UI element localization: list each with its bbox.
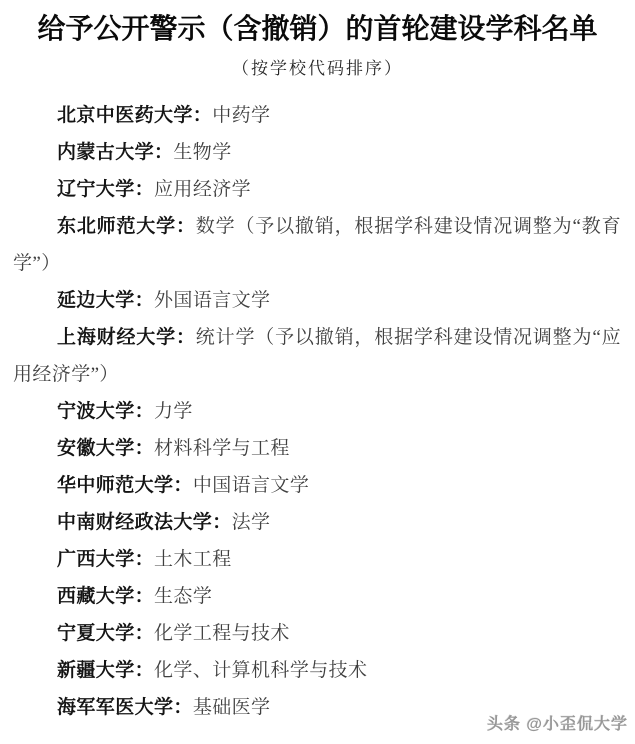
university-name: 广西大学： xyxy=(57,549,154,570)
university-name: 新疆大学： xyxy=(57,660,154,681)
discipline-name: 化学工程与技术 xyxy=(154,623,290,644)
university-name: 辽宁大学： xyxy=(57,179,154,200)
discipline-name: 力学 xyxy=(154,401,193,422)
list-item: 宁夏大学：化学工程与技术 xyxy=(13,615,621,652)
list-item: 延边大学：外国语言文学 xyxy=(13,282,621,319)
university-name: 西藏大学： xyxy=(57,586,154,607)
discipline-name: 土木工程 xyxy=(154,549,232,570)
university-name: 东北师范大学： xyxy=(57,216,196,237)
page-subtitle: （按学校代码排序） xyxy=(0,58,635,79)
list-item: 东北师范大学：数学（予以撤销，根据学科建设情况调整为“教育学”） xyxy=(13,208,621,282)
discipline-name: 法学 xyxy=(232,512,271,533)
list-item: 华中师范大学：中国语言文学 xyxy=(13,467,621,504)
discipline-name: 化学、计算机科学与技术 xyxy=(154,660,367,681)
university-name: 宁夏大学： xyxy=(57,623,154,644)
university-name: 华中师范大学： xyxy=(57,475,193,496)
list-item: 辽宁大学：应用经济学 xyxy=(13,171,621,208)
university-name: 宁波大学： xyxy=(57,401,154,422)
list-item: 上海财经大学：统计学（予以撤销，根据学科建设情况调整为“应用经济学”） xyxy=(13,319,621,393)
list-item: 安徽大学：材料科学与工程 xyxy=(13,430,621,467)
discipline-name: 中国语言文学 xyxy=(193,475,309,496)
university-name: 北京中医药大学： xyxy=(57,105,212,126)
university-name: 内蒙古大学： xyxy=(57,142,173,163)
discipline-name: 生物学 xyxy=(173,142,231,163)
watermark: 头条 @小歪侃大学 xyxy=(487,711,628,734)
page-title: 给予公开警示（含撤销）的首轮建设学科名单 xyxy=(0,0,635,50)
discipline-list: 北京中医药大学：中药学 内蒙古大学：生物学 辽宁大学：应用经济学 东北师范大学：… xyxy=(13,97,621,726)
document-page: 给予公开警示（含撤销）的首轮建设学科名单 （按学校代码排序） 北京中医药大学：中… xyxy=(0,0,635,744)
list-item: 中南财经政法大学：法学 xyxy=(13,504,621,541)
discipline-name: 外国语言文学 xyxy=(154,290,270,311)
discipline-name: 材料科学与工程 xyxy=(154,438,290,459)
list-item: 北京中医药大学：中药学 xyxy=(13,97,621,134)
university-name: 延边大学： xyxy=(57,290,154,311)
university-name: 海军军医大学： xyxy=(57,697,193,718)
university-name: 中南财经政法大学： xyxy=(57,512,232,533)
discipline-name: 基础医学 xyxy=(193,697,271,718)
list-item: 新疆大学：化学、计算机科学与技术 xyxy=(13,652,621,689)
discipline-name: 中药学 xyxy=(212,105,270,126)
list-item: 广西大学：土木工程 xyxy=(13,541,621,578)
list-item: 西藏大学：生态学 xyxy=(13,578,621,615)
list-item: 内蒙古大学：生物学 xyxy=(13,134,621,171)
university-name: 安徽大学： xyxy=(57,438,154,459)
discipline-name: 应用经济学 xyxy=(154,179,251,200)
discipline-name: 生态学 xyxy=(154,586,212,607)
list-item: 宁波大学：力学 xyxy=(13,393,621,430)
university-name: 上海财经大学： xyxy=(57,327,196,348)
